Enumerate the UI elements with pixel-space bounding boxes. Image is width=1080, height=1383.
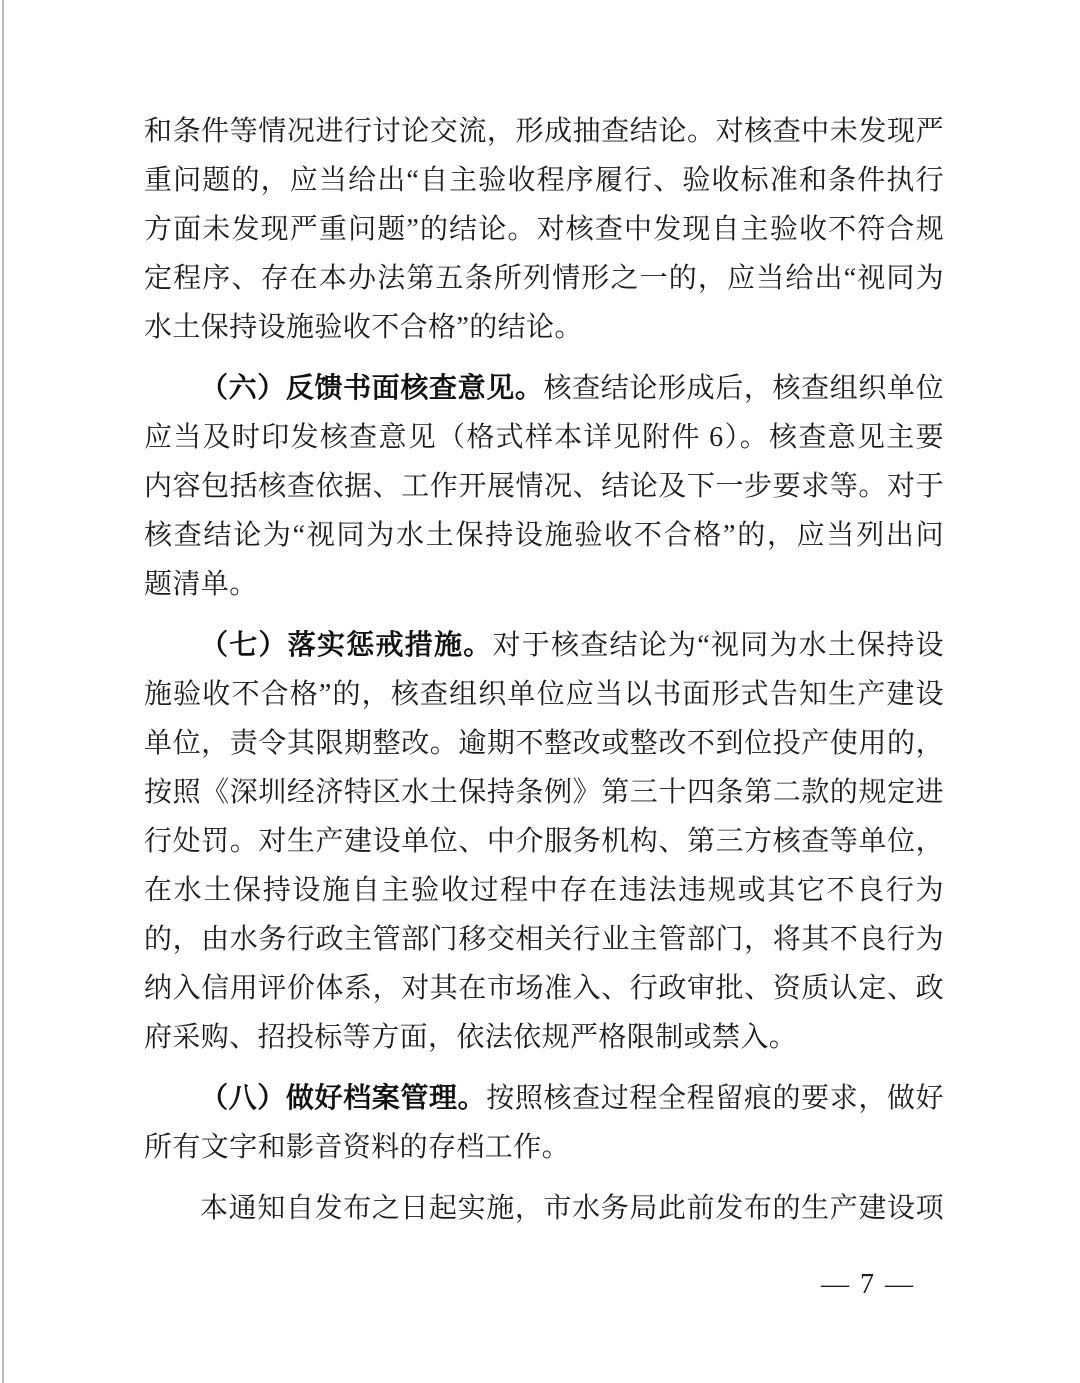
text-line: 行处罚。对生产建设单位、中介服务机构、第三方核查等单位， [144,817,944,866]
text-segment: 单位，责令其限期整改。逾期不整改或整改不到位投产使用的， [144,728,944,759]
text-line: 单位，责令其限期整改。逾期不整改或整改不到位投产使用的， [144,719,944,768]
text-line: 按照《深圳经济特区水土保持条例》第三十四条第二款的规定进 [144,768,944,817]
document-body: 和条件等情况进行讨论交流，形成抽查结论。对核查中未发现严重问题的，应当给出“自主… [144,107,944,1233]
text-segment: 行处罚。对生产建设单位、中介服务机构、第三方核查等单位， [144,826,944,857]
text-segment: 核查结论形成后，核查组织单位 [543,373,944,404]
text-segment: 核查结论为“视同为水土保持设施验收不合格”的，应当列出问 [144,520,944,551]
text-segment: 施验收不合格”的，核查组织单位应当以书面形式告知生产建设 [144,679,944,710]
text-segment: 所有文字和影音资料的存档工作。 [144,1132,570,1163]
text-segment: 纳入信用评价体系，对其在市场准入、行政审批、资质认定、政 [144,973,944,1004]
text-segment: 水土保持设施验收不合格”的结论。 [144,312,583,343]
text-line: 题清单。 [144,560,944,609]
section-heading: （八）做好档案管理。 [200,1083,486,1114]
text-segment: 在水土保持设施自主验收过程中存在违法违规或其它不良行为 [144,875,944,906]
page-number: — 7 — [821,1260,915,1309]
text-line: 应当及时印发核查意见（格式样本详见附件 6）。核查意见主要 [144,413,944,462]
paragraph: （七）落实惩戒措施。对于核查结论为“视同为水土保持设施验收不合格”的，核查组织单… [144,621,944,1062]
section-heading: （七）落实惩戒措施。 [200,630,492,661]
text-line: （八）做好档案管理。按照核查过程全程留痕的要求，做好 [144,1074,944,1123]
text-line: 内容包括核查依据、工作开展情况、结论及下一步要求等。对于 [144,462,944,511]
text-segment: 的，由水务行政主管部门移交相关行业主管部门，将其不良行为 [144,924,944,955]
paragraph: （六）反馈书面核查意见。核查结论形成后，核查组织单位应当及时印发核查意见（格式样… [144,364,944,609]
text-line: 府采购、招投标等方面，依法依规严格限制或禁入。 [144,1013,944,1062]
paragraph: 本通知自发布之日起实施，市水务局此前发布的生产建设项 [144,1184,944,1233]
paragraph: 和条件等情况进行讨论交流，形成抽查结论。对核查中未发现严重问题的，应当给出“自主… [144,107,944,352]
text-line: （六）反馈书面核查意见。核查结论形成后，核查组织单位 [144,364,944,413]
text-segment: 本通知自发布之日起实施，市水务局此前发布的生产建设项 [200,1193,944,1224]
text-line: （七）落实惩戒措施。对于核查结论为“视同为水土保持设 [144,621,944,670]
text-segment: 应当及时印发核查意见（格式样本详见附件 6）。核查意见主要 [144,422,944,453]
text-segment: 按照核查过程全程留痕的要求，做好 [486,1083,944,1114]
text-line: 重问题的，应当给出“自主验收程序履行、验收标准和条件执行 [144,156,944,205]
text-segment: 定程序、存在本办法第五条所列情形之一的，应当给出“视同为 [144,263,944,294]
text-segment: 内容包括核查依据、工作开展情况、结论及下一步要求等。对于 [144,471,944,502]
text-line: 水土保持设施验收不合格”的结论。 [144,303,944,352]
scan-edge-line [2,0,4,1383]
text-line: 定程序、存在本办法第五条所列情形之一的，应当给出“视同为 [144,254,944,303]
text-segment: 按照《深圳经济特区水土保持条例》第三十四条第二款的规定进 [144,777,944,808]
paragraph: （八）做好档案管理。按照核查过程全程留痕的要求，做好所有文字和影音资料的存档工作… [144,1074,944,1172]
text-segment: 对于核查结论为“视同为水土保持设 [492,630,944,661]
text-line: 方面未发现严重问题”的结论。对核查中发现自主验收不符合规 [144,205,944,254]
text-segment: 府采购、招投标等方面，依法依规严格限制或禁入。 [144,1022,797,1053]
section-heading: （六）反馈书面核查意见。 [200,373,543,404]
text-line: 施验收不合格”的，核查组织单位应当以书面形式告知生产建设 [144,670,944,719]
text-segment: 重问题的，应当给出“自主验收程序履行、验收标准和条件执行 [144,165,944,196]
text-segment: 题清单。 [144,569,258,600]
text-segment: 和条件等情况进行讨论交流，形成抽查结论。对核查中未发现严 [144,116,944,147]
text-line: 本通知自发布之日起实施，市水务局此前发布的生产建设项 [144,1184,944,1233]
text-line: 和条件等情况进行讨论交流，形成抽查结论。对核查中未发现严 [144,107,944,156]
text-line: 所有文字和影音资料的存档工作。 [144,1123,944,1172]
text-line: 核查结论为“视同为水土保持设施验收不合格”的，应当列出问 [144,511,944,560]
text-line: 的，由水务行政主管部门移交相关行业主管部门，将其不良行为 [144,915,944,964]
text-segment: 方面未发现严重问题”的结论。对核查中发现自主验收不符合规 [144,214,944,245]
text-line: 在水土保持设施自主验收过程中存在违法违规或其它不良行为 [144,866,944,915]
text-line: 纳入信用评价体系，对其在市场准入、行政审批、资质认定、政 [144,964,944,1013]
